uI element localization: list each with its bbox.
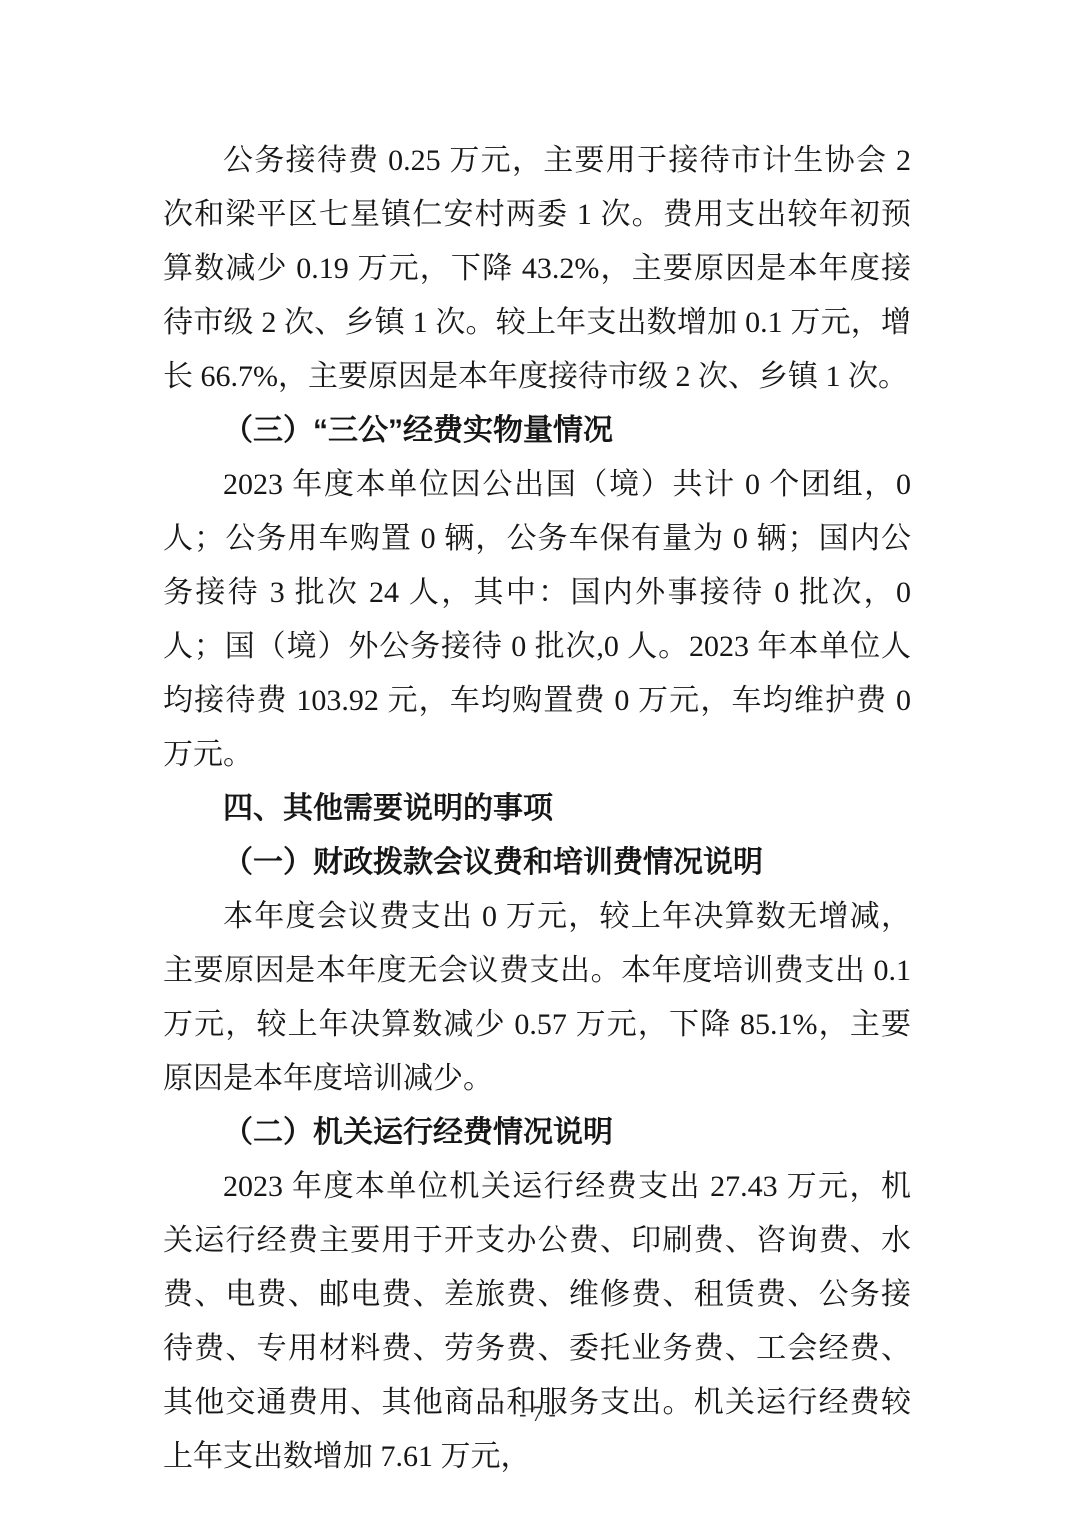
- heading-three-public-expense-physical-quantity: （三）“三公”经费实物量情况: [163, 404, 911, 458]
- document-body: 公务接待费 0.25 万元，主要用于接待市计生协会 2 次和梁平区七星镇仁安村两…: [163, 134, 911, 1484]
- page-number: - 7 -: [0, 1400, 1075, 1428]
- paragraph-physical-quantity-details: 2023 年度本单位因公出国（境）共计 0 个团组，0 人；公务用车购置 0 辆…: [163, 458, 911, 782]
- paragraph-official-reception-expense: 公务接待费 0.25 万元，主要用于接待市计生协会 2 次和梁平区七星镇仁安村两…: [163, 134, 911, 404]
- heading-meeting-and-training-fee: （一）财政拨款会议费和培训费情况说明: [163, 836, 911, 890]
- paragraph-agency-operating-expense: 2023 年度本单位机关运行经费支出 27.43 万元，机关运行经费主要用于开支…: [163, 1160, 911, 1484]
- heading-agency-operating-expense: （二）机关运行经费情况说明: [163, 1106, 911, 1160]
- document-page: 公务接待费 0.25 万元，主要用于接待市计生协会 2 次和梁平区七星镇仁安村两…: [0, 0, 1075, 1520]
- heading-other-matters: 四、其他需要说明的事项: [163, 782, 911, 836]
- paragraph-meeting-and-training-fee: 本年度会议费支出 0 万元，较上年决算数无增减，主要原因是本年度无会议费支出。本…: [163, 890, 911, 1106]
